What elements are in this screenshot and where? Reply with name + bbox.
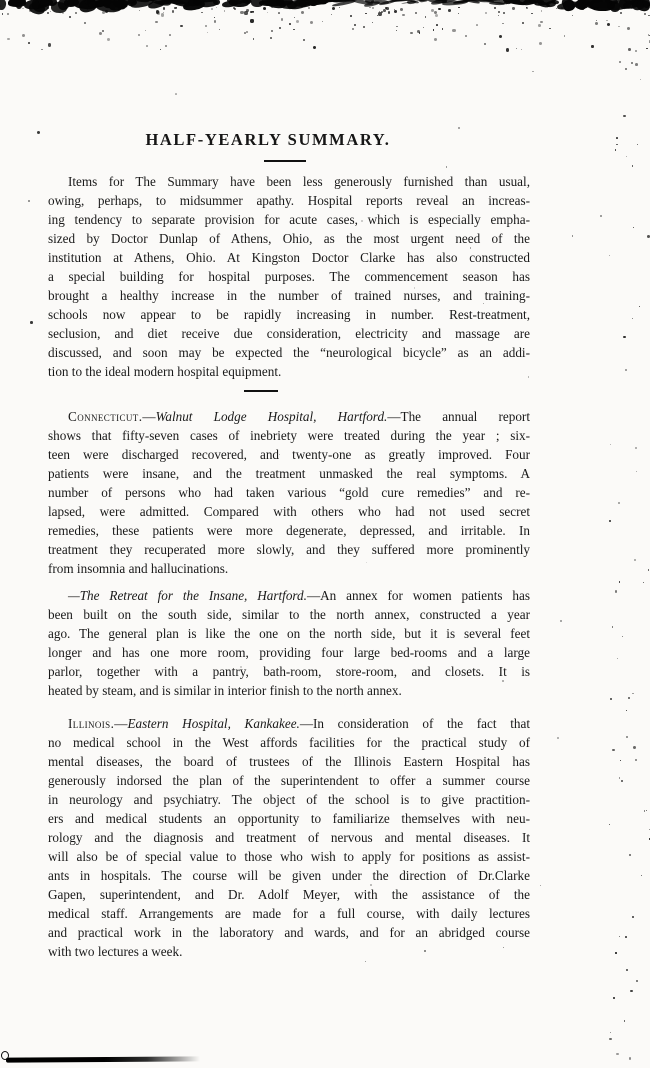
noise-speck (617, 658, 618, 659)
noise-speck (635, 759, 637, 761)
noise-speck (165, 45, 167, 47)
noise-speck (57, 0, 70, 11)
text-run: mental diseases, the board of trustees o… (48, 754, 530, 769)
noise-speck (252, 11, 253, 12)
noise-speck (561, 0, 570, 6)
noise-speck (489, 1, 505, 5)
noise-speck (633, 227, 635, 229)
noise-speck (619, 581, 621, 583)
text-run: treatment they recuperated more slowly, … (48, 542, 530, 557)
noise-speck (250, 11, 252, 13)
noise-speck (205, 25, 208, 28)
noise-speck (512, 7, 514, 9)
noise-speck (313, 46, 316, 49)
noise-speck (201, 12, 203, 14)
text-line: teen were discharged recovered, and twen… (48, 445, 530, 464)
text-run: and practical work in the laboratory and… (48, 925, 530, 940)
noise-speck (211, 8, 214, 11)
noise-speck (639, 306, 640, 307)
noise-speck (214, 17, 215, 18)
noise-speck (156, 10, 159, 13)
noise-speck (609, 520, 611, 522)
noise-speck (202, 0, 217, 3)
noise-speck (562, 0, 576, 12)
text-line: a special building for hospital purposes… (48, 267, 530, 286)
noise-speck (214, 20, 216, 22)
noise-speck (234, 8, 236, 10)
noise-speck (415, 12, 417, 14)
noise-speck (32, 0, 39, 8)
noise-speck (593, 2, 609, 8)
noise-speck (646, 810, 647, 811)
noise-speck (523, 0, 536, 6)
text-line: and practical work in the laboratory and… (48, 923, 530, 942)
noise-speck (193, 7, 196, 10)
noise-speck (183, 0, 206, 12)
noise-speck (155, 21, 158, 24)
noise-speck (622, 636, 623, 637)
noise-speck (28, 42, 29, 43)
noise-speck (164, 0, 175, 3)
institution-name: —The Retreat for the Insane, Hartford. (68, 588, 307, 603)
noise-speck (328, 0, 350, 2)
noise-speck (322, 21, 323, 22)
noise-speck (498, 15, 499, 16)
noise-speck (47, 12, 49, 14)
text-run: sized by Doctor Dunlap of Athens, Ohio, … (48, 231, 530, 246)
noise-speck (629, 854, 631, 856)
noise-speck (88, 0, 112, 9)
noise-speck (86, 0, 105, 8)
noise-speck (275, 0, 284, 6)
noise-speck (621, 780, 623, 782)
noise-speck (64, 0, 78, 7)
noise-speck (219, 29, 220, 30)
paragraph-connecticut: Connecticut.—Walnut Lodge Hospital, Hart… (48, 407, 530, 578)
noise-speck (468, 0, 494, 3)
text-run: in neurology and psychiatry. The object … (48, 792, 530, 807)
noise-speck (619, 936, 620, 937)
noise-speck (616, 137, 618, 139)
noise-speck (87, 9, 88, 10)
noise-speck (616, 1053, 618, 1055)
noise-speck (410, 32, 413, 35)
noise-speck (615, 590, 618, 593)
noise-speck (498, 11, 500, 13)
noise-speck (105, 10, 108, 13)
noise-speck (271, 30, 273, 32)
noise-speck (109, 0, 130, 12)
noise-speck (50, 11, 51, 12)
noise-speck (303, 39, 305, 41)
noise-speck (23, 0, 50, 11)
noise-speck (378, 12, 381, 15)
noise-speck (347, 0, 361, 2)
noise-speck (169, 34, 171, 36)
noise-speck (75, 12, 77, 14)
noise-speck (365, 0, 374, 3)
noise-speck (521, 49, 522, 50)
noise-speck (150, 0, 171, 7)
noise-speck (0, 0, 2, 11)
noise-speck (305, 0, 329, 6)
text-run: from insomnia and hallucinations. (48, 561, 228, 576)
noise-speck (441, 0, 460, 4)
noise-speck (609, 1038, 612, 1041)
noise-speck (102, 11, 105, 14)
text-line: Items for The Summary have been less gen… (48, 172, 530, 191)
noise-speck (47, 7, 49, 9)
noise-speck (77, 0, 97, 14)
noise-speck (417, 30, 420, 33)
noise-speck (264, 8, 266, 10)
noise-speck (606, 20, 607, 21)
noise-speck (624, 1020, 626, 1022)
noise-speck (540, 21, 542, 23)
noise-speck (39, 0, 52, 6)
text-line: no medical school in the West affords fa… (48, 733, 530, 752)
noise-speck (224, 10, 226, 12)
text-line: Gapen, superintendent, and Dr. Adolf Mey… (48, 885, 530, 904)
noise-speck (281, 18, 284, 21)
noise-speck (576, 0, 588, 11)
noise-speck (163, 12, 164, 13)
noise-speck (526, 7, 527, 8)
noise-speck (458, 7, 459, 8)
text-run: rology and the diagnosis and treatment o… (48, 830, 530, 845)
noise-speck (48, 43, 51, 46)
noise-speck (188, 0, 202, 8)
noise-speck (533, 0, 556, 7)
text-line: discussed, and soon may be expected the … (48, 343, 530, 362)
text-line: —The Retreat for the Insane, Hartford.—A… (48, 586, 530, 605)
noise-speck (171, 0, 191, 8)
noise-speck (250, 19, 253, 22)
noise-speck (545, 0, 556, 7)
noise-speck (465, 35, 467, 37)
noise-speck (587, 0, 604, 10)
noise-speck (94, 0, 122, 14)
noise-speck (246, 31, 248, 33)
noise-speck (526, 7, 528, 9)
text-run: shows that fifty-seven cases of inebriet… (48, 428, 530, 443)
noise-speck (626, 736, 628, 738)
noise-speck (494, 7, 496, 9)
noise-speck (607, 23, 610, 26)
noise-speck (516, 48, 517, 49)
noise-speck (263, 7, 266, 10)
noise-speck (278, 12, 280, 14)
noise-speck (506, 48, 509, 51)
noise-speck (158, 0, 179, 5)
scan-artifact-bottom-dot (1, 1051, 9, 1060)
noise-speck (308, 0, 318, 6)
paragraph-illinois: Illinois.—Eastern Hospital, Kankakee.—In… (48, 714, 530, 961)
noise-speck (599, 9, 602, 12)
noise-speck (452, 29, 455, 32)
text-run: generously indorsed the plan of the supe… (48, 773, 530, 788)
text-run: seclusion, and diet receive due consider… (48, 326, 530, 341)
noise-speck (333, 0, 358, 3)
text-line: treatment they recuperated more slowly, … (48, 540, 530, 559)
noise-speck (161, 13, 164, 16)
noise-speck (610, 698, 612, 700)
text-run: no medical school in the West affords fa… (48, 735, 530, 750)
text-line: will also be of special value to those w… (48, 847, 530, 866)
paragraph-retreat: —The Retreat for the Insane, Hartford.—A… (48, 586, 530, 700)
noise-speck (625, 68, 627, 70)
noise-speck (400, 8, 403, 11)
noise-speck (259, 0, 277, 6)
noise-speck (532, 71, 534, 73)
text-run: owing, perhaps, to midsummer apathy. Hos… (48, 193, 530, 208)
noise-speck (572, 235, 574, 237)
noise-speck (16, 2, 22, 9)
noise-speck (207, 32, 208, 33)
text-line: brought a healthy increase in the number… (48, 286, 530, 305)
noise-speck (289, 23, 291, 25)
noise-speck (293, 0, 315, 8)
noise-speck (396, 30, 397, 31)
noise-speck (613, 997, 614, 998)
noise-speck (644, 13, 646, 15)
noise-speck (293, 29, 294, 30)
noise-speck (549, 28, 551, 30)
noise-speck (634, 559, 636, 561)
text-run: longer and has one more room, providing … (48, 645, 530, 660)
noise-speck (30, 321, 33, 324)
noise-speck (566, 7, 568, 9)
noise-speck (294, 17, 295, 18)
noise-speck (246, 9, 248, 11)
noise-speck (615, 952, 616, 953)
state-heading: Connecticut. (68, 409, 142, 424)
noise-speck (499, 35, 502, 38)
text-run: — (114, 716, 127, 731)
noise-speck (62, 12, 64, 14)
noise-speck (29, 9, 31, 11)
noise-speck (386, 7, 389, 10)
noise-speck (388, 11, 390, 13)
noise-speck (438, 8, 440, 10)
noise-speck (394, 10, 397, 13)
noise-speck (502, 23, 503, 24)
noise-speck (459, 0, 480, 4)
noise-speck (615, 149, 616, 150)
noise-speck (434, 11, 437, 14)
noise-speck (561, 7, 563, 9)
noise-speck (383, 9, 386, 12)
text-line: Illinois.—Eastern Hospital, Kankakee.—In… (48, 714, 530, 733)
noise-speck (407, 0, 416, 4)
text-run: lapsed, were admitted. Compared with oth… (48, 504, 530, 519)
noise-speck (350, 15, 352, 17)
noise-speck (377, 15, 378, 16)
noise-speck (318, 0, 346, 3)
noise-speck (609, 824, 610, 825)
noise-speck (22, 8, 23, 9)
noise-speck (107, 38, 110, 41)
text-run: heated by steam, and is similar in inter… (48, 683, 402, 698)
noise-speck (503, 12, 505, 14)
noise-speck (312, 0, 327, 6)
noise-speck (243, 0, 251, 4)
noise-speck (269, 0, 293, 7)
noise-speck (139, 0, 158, 2)
noise-speck (628, 48, 631, 51)
text-run: Gapen, superintendent, and Dr. Adolf Mey… (48, 887, 530, 902)
noise-speck (139, 10, 140, 11)
text-run: ago. The general plan is like the one on… (48, 626, 530, 641)
noise-speck (484, 43, 486, 45)
noise-speck (240, 11, 243, 14)
noise-speck (102, 0, 126, 11)
noise-speck (485, 12, 487, 14)
noise-speck (279, 27, 281, 29)
noise-speck (28, 200, 30, 202)
noise-speck (112, 0, 129, 9)
text-line: been built on the south side, similar to… (48, 605, 530, 624)
noise-speck (385, 7, 387, 9)
noise-speck (216, 7, 217, 8)
noise-speck (643, 582, 644, 583)
noise-speck (145, 30, 146, 31)
noise-speck (200, 0, 218, 8)
noise-speck (163, 0, 186, 6)
text-run: will also be of special value to those w… (48, 849, 530, 864)
noise-speck (261, 0, 278, 8)
noise-speck (180, 25, 183, 28)
noise-speck (540, 885, 541, 886)
text-line: longer and has one more room, providing … (48, 643, 530, 662)
noise-speck (308, 7, 310, 9)
noise-speck (458, 127, 460, 129)
noise-speck (538, 1, 551, 9)
noise-speck (244, 11, 247, 14)
text-run: —The annual report (387, 409, 530, 424)
noise-speck (610, 1032, 611, 1033)
noise-speck (477, 0, 499, 1)
text-line: in neurology and psychiatry. The object … (48, 790, 530, 809)
noise-speck (610, 444, 611, 445)
noise-speck (47, 0, 58, 7)
noise-speck (572, 15, 574, 17)
noise-speck (529, 0, 539, 5)
text-line: mental diseases, the board of trustees o… (48, 752, 530, 771)
text-run: teen were discharged recovered, and twen… (48, 447, 530, 462)
noise-speck (564, 35, 566, 37)
text-line: patients were insane, and the treatment … (48, 464, 530, 483)
text-run: —An annex for women patients has (307, 588, 530, 603)
noise-speck (228, 0, 249, 8)
noise-speck (582, 9, 584, 11)
text-line: institution at Athens, Ohio. At Kingston… (48, 248, 530, 267)
noise-speck (239, 0, 248, 3)
noise-speck (618, 502, 620, 504)
noise-speck (623, 0, 644, 10)
noise-speck (7, 13, 9, 15)
noise-speck (595, 22, 598, 25)
noise-speck (632, 318, 633, 319)
noise-speck (428, 0, 447, 4)
noise-speck (431, 0, 447, 5)
noise-speck (648, 34, 649, 35)
noise-speck (619, 777, 621, 779)
noise-speck (253, 11, 255, 13)
noise-speck (410, 0, 419, 4)
noise-speck (352, 28, 353, 29)
noise-speck (640, 79, 641, 80)
noise-speck (363, 26, 365, 28)
noise-speck (630, 990, 632, 992)
noise-speck (534, 0, 544, 3)
noise-speck (244, 32, 246, 34)
text-line: number of persons who had taken various … (48, 483, 530, 502)
noise-speck (635, 447, 637, 449)
noise-speck (84, 22, 86, 24)
noise-speck (610, 2, 620, 13)
noise-speck (604, 0, 618, 5)
noise-speck (122, 0, 136, 5)
text-run: brought a healthy increase in the number… (48, 288, 530, 303)
text-run: ants in hospitals. The course will be gi… (48, 868, 530, 883)
noise-speck (557, 0, 580, 10)
text-line: Connecticut.—Walnut Lodge Hospital, Hart… (48, 407, 530, 426)
noise-speck (434, 0, 448, 1)
noise-speck (389, 0, 412, 4)
noise-speck (625, 369, 627, 371)
text-run: number of persons who had taken various … (48, 485, 530, 500)
noise-speck (115, 7, 118, 10)
noise-speck (588, 7, 589, 8)
noise-speck (510, 0, 536, 5)
noise-speck (626, 156, 627, 157)
noise-speck (209, 0, 217, 1)
noise-speck (623, 115, 625, 117)
noise-speck (481, 0, 508, 5)
noise-speck (595, 8, 597, 10)
noise-speck (626, 710, 627, 711)
noise-speck (476, 24, 478, 26)
noise-speck (600, 215, 602, 217)
noise-speck (607, 0, 631, 12)
noise-speck (372, 7, 374, 9)
noise-speck (644, 810, 646, 812)
text-line: parlor, together with a pantry, bath-roo… (48, 662, 530, 681)
noise-speck (175, 93, 177, 95)
noise-speck (531, 13, 532, 14)
noise-speck (174, 7, 176, 9)
noise-speck (646, 48, 648, 50)
noise-speck (8, 0, 26, 7)
noise-speck (616, 144, 618, 146)
noise-speck (618, 26, 619, 27)
noise-speck (522, 22, 524, 24)
noise-speck (194, 0, 208, 3)
noise-speck (2, 13, 3, 14)
text-line: ants in hospitals. The course will be gi… (48, 866, 530, 885)
noise-speck (631, 0, 646, 11)
noise-speck (176, 0, 204, 7)
text-line: rology and the diagnosis and treatment o… (48, 828, 530, 847)
noise-speck (147, 0, 165, 10)
noise-speck (633, 746, 636, 749)
noise-speck (227, 0, 243, 5)
noise-speck (642, 0, 650, 9)
noise-speck (556, 8, 557, 9)
noise-speck (192, 0, 202, 4)
text-run: parlor, together with a pantry, bath-roo… (48, 664, 530, 679)
